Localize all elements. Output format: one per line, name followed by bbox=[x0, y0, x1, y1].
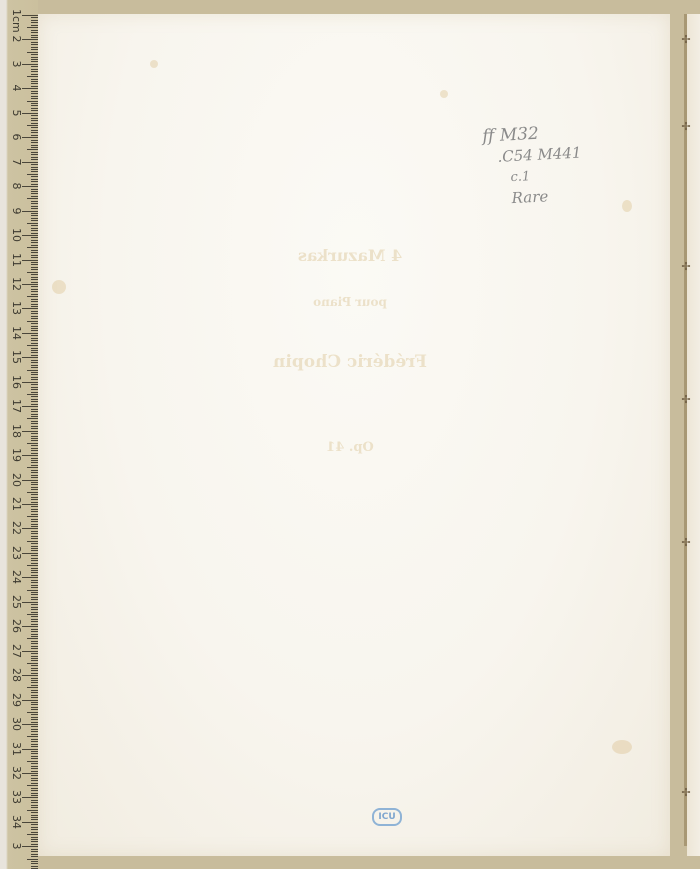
stitch-icon: ✢ bbox=[680, 395, 692, 405]
ruler-tick bbox=[31, 218, 38, 219]
ruler-tick bbox=[31, 707, 38, 708]
ruler-tick bbox=[31, 692, 38, 693]
ruler-tick bbox=[31, 709, 38, 710]
ruler-tick bbox=[31, 548, 38, 549]
ruler-tick bbox=[31, 538, 38, 539]
ruler-tick bbox=[27, 663, 38, 664]
ruler-tick bbox=[31, 228, 38, 229]
ruler-tick bbox=[31, 680, 38, 681]
ruler-tick bbox=[31, 778, 38, 779]
ruler-number: 32 bbox=[10, 762, 22, 784]
ruler-tick bbox=[31, 660, 38, 661]
ruler-tick bbox=[27, 223, 38, 224]
ruler-tick bbox=[31, 832, 38, 833]
ruler-tick bbox=[22, 284, 38, 285]
ruler-tick bbox=[27, 761, 38, 762]
ruler-tick bbox=[27, 198, 38, 199]
ruler-tick bbox=[27, 467, 38, 468]
ruler-tick bbox=[31, 32, 38, 33]
ruler-number: 7 bbox=[10, 151, 22, 173]
ruler-tick bbox=[31, 563, 38, 564]
ruler-tick bbox=[31, 318, 38, 319]
ruler-tick bbox=[31, 313, 38, 314]
ruler-tick bbox=[31, 167, 38, 168]
ruler-tick bbox=[31, 384, 38, 385]
ruler-tick bbox=[31, 20, 38, 21]
ruler-tick bbox=[22, 700, 38, 701]
ruler-tick bbox=[31, 558, 38, 559]
ruler-tick bbox=[31, 79, 38, 80]
ruler-tick bbox=[31, 179, 38, 180]
ruler-tick bbox=[31, 514, 38, 515]
ruler-tick bbox=[31, 83, 38, 84]
ruler-tick bbox=[31, 717, 38, 718]
ruler-tick bbox=[27, 516, 38, 517]
ruler-tick bbox=[31, 115, 38, 116]
rare-label: Rare bbox=[511, 184, 584, 209]
ruler-tick bbox=[31, 421, 38, 422]
ruler-number: 18 bbox=[10, 420, 22, 442]
ruler-tick bbox=[31, 201, 38, 202]
ruler-tick bbox=[31, 619, 38, 620]
ruler-tick bbox=[31, 157, 38, 158]
bleed-through-subtitle: pour Piano bbox=[0, 295, 700, 309]
ruler-tick bbox=[31, 142, 38, 143]
ruler-tick bbox=[31, 69, 38, 70]
ruler-tick bbox=[31, 731, 38, 732]
ruler-tick bbox=[31, 458, 38, 459]
ruler-tick bbox=[31, 237, 38, 238]
ruler-tick bbox=[31, 854, 38, 855]
ruler-tick bbox=[31, 477, 38, 478]
ruler-tick bbox=[31, 176, 38, 177]
ruler-tick bbox=[31, 145, 38, 146]
ruler-tick bbox=[31, 509, 38, 510]
ruler-tick bbox=[27, 345, 38, 346]
ruler-tick bbox=[31, 756, 38, 757]
ruler-tick bbox=[31, 648, 38, 649]
ruler-tick bbox=[27, 174, 38, 175]
ruler-tick bbox=[31, 815, 38, 816]
ruler-tick bbox=[31, 599, 38, 600]
ruler-tick bbox=[31, 140, 38, 141]
ruler-tick bbox=[31, 643, 38, 644]
ruler-tick bbox=[22, 64, 38, 65]
ruler-tick bbox=[22, 528, 38, 529]
ruler-tick bbox=[31, 91, 38, 92]
ruler-tick bbox=[31, 323, 38, 324]
ruler-tick bbox=[31, 555, 38, 556]
ruler-number: 20 bbox=[10, 469, 22, 491]
ruler-tick bbox=[27, 810, 38, 811]
ruler-tick bbox=[27, 76, 38, 77]
ruler-tick bbox=[31, 171, 38, 172]
bleed-through-title: 4 Mazurkas bbox=[0, 246, 700, 265]
ruler-tick bbox=[31, 670, 38, 671]
ruler-tick bbox=[31, 54, 38, 55]
ruler-tick bbox=[31, 416, 38, 417]
ruler-number: 29 bbox=[10, 689, 22, 711]
ruler-tick bbox=[31, 154, 38, 155]
ruler-tick bbox=[22, 137, 38, 138]
ruler-number: 6 bbox=[10, 126, 22, 148]
ruler-tick bbox=[31, 350, 38, 351]
binding-strip bbox=[687, 14, 700, 856]
ruler-tick bbox=[31, 184, 38, 185]
ruler-tick bbox=[31, 460, 38, 461]
ruler-tick bbox=[31, 436, 38, 437]
ruler-tick bbox=[31, 839, 38, 840]
foxing-spot bbox=[150, 60, 158, 68]
ruler-tick bbox=[31, 103, 38, 104]
ruler-tick bbox=[31, 193, 38, 194]
ruler-tick bbox=[31, 152, 38, 153]
ruler-number: 4 bbox=[10, 77, 22, 99]
ruler-tick bbox=[31, 428, 38, 429]
ruler-number: 23 bbox=[10, 542, 22, 564]
ruler-tick bbox=[31, 108, 38, 109]
ruler-tick bbox=[31, 805, 38, 806]
ruler-tick bbox=[31, 372, 38, 373]
ruler-tick bbox=[27, 736, 38, 737]
ruler-tick bbox=[31, 225, 38, 226]
ruler-tick bbox=[31, 653, 38, 654]
ruler-tick bbox=[31, 181, 38, 182]
ruler-number: 28 bbox=[10, 664, 22, 686]
ruler-tick bbox=[31, 790, 38, 791]
ruler-tick bbox=[27, 614, 38, 615]
ruler-number: 16 bbox=[10, 371, 22, 393]
ruler-tick bbox=[31, 634, 38, 635]
ruler-tick bbox=[31, 783, 38, 784]
ruler-tick bbox=[31, 123, 38, 124]
ruler-tick bbox=[22, 577, 38, 578]
ruler-number: 3 bbox=[10, 835, 22, 857]
ruler-tick bbox=[31, 824, 38, 825]
ruler-tick bbox=[31, 771, 38, 772]
ruler-tick bbox=[31, 326, 38, 327]
ruler-tick bbox=[31, 719, 38, 720]
ruler-tick bbox=[31, 348, 38, 349]
ruler-tick bbox=[22, 651, 38, 652]
ruler-tick bbox=[31, 206, 38, 207]
ruler-tick bbox=[31, 57, 38, 58]
ruler-tick bbox=[31, 110, 38, 111]
stitch-icon: ✢ bbox=[680, 35, 692, 45]
ruler-tick bbox=[31, 546, 38, 547]
ruler-tick bbox=[31, 636, 38, 637]
ruler-tick bbox=[31, 802, 38, 803]
ruler-tick bbox=[22, 39, 38, 40]
ruler-tick bbox=[31, 22, 38, 23]
ruler-tick bbox=[31, 269, 38, 270]
ruler-tick bbox=[27, 712, 38, 713]
ruler-tick bbox=[22, 88, 38, 89]
ruler-number: 12 bbox=[10, 273, 22, 295]
ruler-tick bbox=[22, 211, 38, 212]
ruler-tick bbox=[31, 274, 38, 275]
ruler-tick bbox=[31, 768, 38, 769]
ruler-tick bbox=[31, 44, 38, 45]
ruler-tick bbox=[31, 739, 38, 740]
ruler-tick bbox=[31, 426, 38, 427]
ruler-tick bbox=[31, 132, 38, 133]
foxing-spot bbox=[440, 90, 448, 98]
ruler-tick bbox=[31, 800, 38, 801]
ruler-number: 27 bbox=[10, 640, 22, 662]
ruler-tick bbox=[31, 220, 38, 221]
ruler-tick bbox=[31, 343, 38, 344]
ruler-tick bbox=[31, 208, 38, 209]
ruler-tick bbox=[27, 638, 38, 639]
ruler-tick bbox=[31, 230, 38, 231]
ruler-number: 21 bbox=[10, 493, 22, 515]
ruler-tick bbox=[31, 98, 38, 99]
ruler-tick bbox=[31, 335, 38, 336]
ruler-tick bbox=[22, 480, 38, 481]
ruler-tick bbox=[31, 714, 38, 715]
ruler-tick bbox=[31, 411, 38, 412]
ruler-tick bbox=[22, 675, 38, 676]
ruler-tick bbox=[31, 279, 38, 280]
ruler-tick bbox=[31, 377, 38, 378]
ruler-tick bbox=[31, 17, 38, 18]
ruler-tick bbox=[22, 186, 38, 187]
ruler-tick bbox=[31, 465, 38, 466]
ruler-tick bbox=[31, 35, 38, 36]
ruler-tick bbox=[31, 744, 38, 745]
ruler-tick bbox=[31, 399, 38, 400]
ruler-tick bbox=[31, 866, 38, 867]
ruler-tick bbox=[31, 594, 38, 595]
ruler-tick bbox=[31, 665, 38, 666]
ruler-tick bbox=[31, 396, 38, 397]
ruler-tick bbox=[31, 560, 38, 561]
ruler-tick bbox=[27, 418, 38, 419]
ruler-tick bbox=[22, 455, 38, 456]
ruler-tick bbox=[31, 726, 38, 727]
bleed-through-composer: Frédéric Chopin bbox=[0, 352, 700, 372]
ruler-tick bbox=[31, 592, 38, 593]
ruler-tick bbox=[22, 749, 38, 750]
ruler-tick bbox=[31, 812, 38, 813]
ruler-tick bbox=[27, 52, 38, 53]
ruler-tick bbox=[31, 543, 38, 544]
ruler-tick bbox=[31, 704, 38, 705]
ruler-tick bbox=[31, 169, 38, 170]
ruler-tick bbox=[31, 47, 38, 48]
ruler-tick bbox=[31, 817, 38, 818]
ruler-tick bbox=[31, 819, 38, 820]
ruler-tick bbox=[27, 101, 38, 102]
ruler-tick bbox=[31, 629, 38, 630]
ruler-tick bbox=[31, 841, 38, 842]
ruler-tick bbox=[31, 484, 38, 485]
ruler-tick bbox=[31, 646, 38, 647]
ruler-tick bbox=[27, 321, 38, 322]
ruler-tick bbox=[31, 668, 38, 669]
ruler-tick bbox=[31, 340, 38, 341]
ruler-number: 25 bbox=[10, 591, 22, 613]
ruler-number: 9 bbox=[10, 200, 22, 222]
ruler-tick bbox=[27, 565, 38, 566]
ruler-tick bbox=[31, 379, 38, 380]
ruler-tick bbox=[31, 678, 38, 679]
ruler-tick bbox=[31, 795, 38, 796]
ruler-tick bbox=[31, 502, 38, 503]
ruler-tick bbox=[22, 822, 38, 823]
ruler-tick bbox=[31, 189, 38, 190]
ruler-number: 34 bbox=[10, 811, 22, 833]
ruler-tick bbox=[31, 282, 38, 283]
ruler-tick bbox=[31, 470, 38, 471]
ruler-tick bbox=[31, 37, 38, 38]
ruler-tick bbox=[31, 159, 38, 160]
ruler-tick bbox=[31, 524, 38, 525]
stitch-icon: ✢ bbox=[680, 538, 692, 548]
ruler-tick bbox=[31, 526, 38, 527]
ruler-tick bbox=[31, 61, 38, 62]
ruler-tick bbox=[31, 462, 38, 463]
ruler-tick bbox=[31, 766, 38, 767]
ruler-tick bbox=[31, 851, 38, 852]
ruler-tick bbox=[31, 695, 38, 696]
ruler-tick bbox=[22, 113, 38, 114]
ruler-tick bbox=[31, 531, 38, 532]
ruler-tick bbox=[31, 120, 38, 121]
ruler-tick bbox=[31, 612, 38, 613]
ruler-tick bbox=[31, 550, 38, 551]
ruler-tick bbox=[31, 93, 38, 94]
ruler-tick bbox=[31, 130, 38, 131]
ruler-tick bbox=[31, 753, 38, 754]
ruler-tick bbox=[31, 147, 38, 148]
ruler-number: 22 bbox=[10, 517, 22, 539]
ruler-tick bbox=[31, 597, 38, 598]
ruler-tick bbox=[31, 572, 38, 573]
ruler-tick bbox=[31, 433, 38, 434]
ruler-tick bbox=[31, 863, 38, 864]
ruler-number: 30 bbox=[10, 713, 22, 735]
ruler-tick bbox=[31, 328, 38, 329]
ruler-tick bbox=[31, 25, 38, 26]
ruler-number: 14 bbox=[10, 322, 22, 344]
ruler-tick bbox=[31, 575, 38, 576]
ruler-tick bbox=[22, 773, 38, 774]
ruler-tick bbox=[31, 330, 38, 331]
ruler-tick bbox=[27, 859, 38, 860]
ruler-tick bbox=[22, 797, 38, 798]
stitch-icon: ✢ bbox=[680, 788, 692, 798]
foxing-spot bbox=[622, 200, 632, 212]
call-number-line-2: .C54 M441 bbox=[497, 142, 582, 167]
ruler-tick bbox=[31, 387, 38, 388]
ruler-tick bbox=[31, 793, 38, 794]
library-stamp-icon: ICU bbox=[372, 808, 402, 826]
ruler-tick bbox=[31, 722, 38, 723]
ruler-tick bbox=[31, 741, 38, 742]
ruler-tick bbox=[31, 423, 38, 424]
ruler-tick bbox=[22, 406, 38, 407]
ruler-tick bbox=[31, 105, 38, 106]
ruler-tick bbox=[31, 414, 38, 415]
ruler-tick bbox=[22, 504, 38, 505]
ruler-tick bbox=[31, 499, 38, 500]
ruler-tick bbox=[31, 81, 38, 82]
ruler-tick bbox=[31, 482, 38, 483]
ruler-tick bbox=[31, 844, 38, 845]
ruler-tick bbox=[31, 604, 38, 605]
ruler-tick bbox=[31, 494, 38, 495]
ruler-tick bbox=[31, 856, 38, 857]
ruler-tick bbox=[31, 570, 38, 571]
ruler-tick bbox=[31, 311, 38, 312]
ruler-tick bbox=[31, 487, 38, 488]
ruler-tick bbox=[31, 86, 38, 87]
ruler-number: 24 bbox=[10, 566, 22, 588]
ruler-tick bbox=[31, 438, 38, 439]
ruler-tick bbox=[31, 472, 38, 473]
ruler-tick bbox=[31, 656, 38, 657]
ruler-tick bbox=[31, 609, 38, 610]
ruler-tick bbox=[31, 861, 38, 862]
ruler-tick bbox=[31, 849, 38, 850]
ruler-tick bbox=[22, 724, 38, 725]
ruler-tick bbox=[31, 734, 38, 735]
ruler-tick bbox=[31, 242, 38, 243]
ruler-tick bbox=[31, 702, 38, 703]
ruler-tick bbox=[22, 162, 38, 163]
ruler-tick bbox=[31, 580, 38, 581]
ruler-tick bbox=[31, 389, 38, 390]
ruler-tick bbox=[27, 492, 38, 493]
ruler-tick bbox=[31, 827, 38, 828]
ruler-number: 17 bbox=[10, 395, 22, 417]
ruler-tick bbox=[31, 42, 38, 43]
ruler-tick bbox=[31, 277, 38, 278]
ruler-tick bbox=[31, 338, 38, 339]
ruler-tick bbox=[31, 582, 38, 583]
ruler-tick bbox=[22, 15, 38, 16]
ruler-tick bbox=[27, 687, 38, 688]
ruler-number: 3 bbox=[10, 53, 22, 75]
ruler-number: 5 bbox=[10, 102, 22, 124]
ruler-tick bbox=[31, 59, 38, 60]
ruler-tick bbox=[31, 763, 38, 764]
ruler-tick bbox=[31, 233, 38, 234]
ruler-tick bbox=[31, 49, 38, 50]
ruler-number: 8 bbox=[10, 175, 22, 197]
ruler-tick bbox=[31, 775, 38, 776]
ruler-tick bbox=[31, 673, 38, 674]
ruler-tick bbox=[31, 587, 38, 588]
ruler-tick bbox=[31, 409, 38, 410]
ruler-tick bbox=[31, 746, 38, 747]
ruler-tick bbox=[31, 392, 38, 393]
ruler-tick bbox=[31, 641, 38, 642]
ruler-tick bbox=[31, 780, 38, 781]
ruler-tick bbox=[31, 631, 38, 632]
ruler-number: 31 bbox=[10, 738, 22, 760]
ruler-tick bbox=[22, 626, 38, 627]
ruler-tick bbox=[22, 846, 38, 847]
ruler-tick bbox=[31, 316, 38, 317]
ruler-tick bbox=[31, 374, 38, 375]
ruler-tick bbox=[31, 829, 38, 830]
ruler-tick bbox=[31, 521, 38, 522]
ruler-tick bbox=[31, 607, 38, 608]
ruler-tick bbox=[31, 203, 38, 204]
